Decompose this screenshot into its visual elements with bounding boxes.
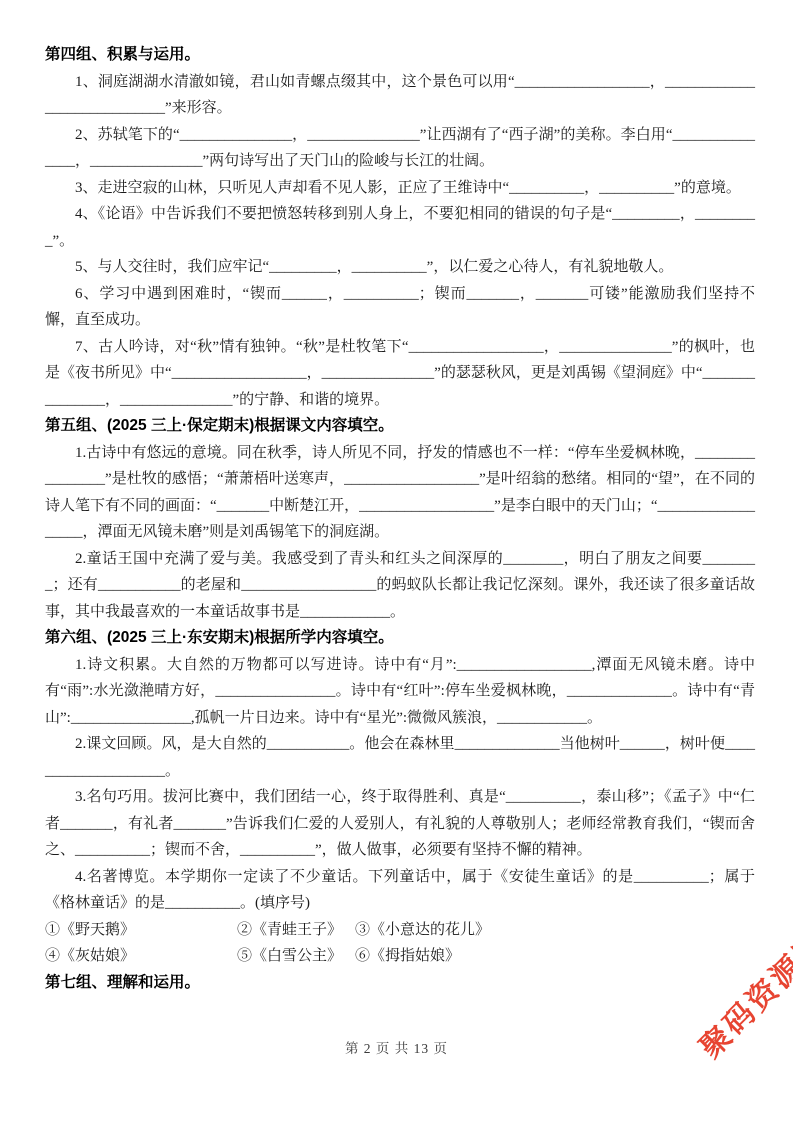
question-group6-1: 1.诗文积累。大自然的万物都可以写进诗。诗中有“月”:_____________… — [45, 652, 755, 732]
question-group4-7: 7、古人吟诗，对“秋”情有独钟。“秋”是杜牧笔下“_______________… — [45, 334, 755, 414]
option-1: ①《野天鹅》 — [45, 917, 237, 944]
question-group4-1: 1、洞庭湖湖水清澈如镜，君山如青螺点缀其中，这个景色可以用“__________… — [45, 69, 755, 122]
option-4: ④《灰姑娘》 — [45, 943, 237, 970]
question-group4-2: 2、苏轼笔下的“_______________，_______________”… — [45, 122, 755, 175]
options-row-1: ①《野天鹅》 ②《青蛙王子》 ③《小意达的花儿》 — [45, 917, 755, 944]
question-group5-2: 2.童话王国中充满了爱与美。我感受到了青头和红头之间深厚的________，明白… — [45, 546, 755, 626]
option-6: ⑥《拇指姑娘》 — [355, 943, 460, 970]
worksheet-page: 第四组、积累与运用。 1、洞庭湖湖水清澈如镜，君山如青螺点缀其中，这个景色可以用… — [0, 0, 793, 1122]
question-group4-6: 6、学习中遇到困难时，“锲而______，__________；锲而______… — [45, 281, 755, 334]
section-heading-group7: 第七组、理解和运用。 — [45, 970, 755, 997]
page-number-footer: 第 2 页 共 13 页 — [0, 1036, 793, 1063]
options-row-2: ④《灰姑娘》 ⑤《白雪公主》 ⑥《拇指姑娘》 — [45, 943, 755, 970]
option-3: ③《小意达的花儿》 — [355, 917, 490, 944]
option-5: ⑤《白雪公主》 — [237, 943, 355, 970]
question-group5-1: 1.古诗中有悠远的意境。同在秋季，诗人所见不同，抒发的情感也不一样：“停车坐爱枫… — [45, 440, 755, 546]
section-heading-group6: 第六组、(2025 三上·东安期末)根据所学内容填空。 — [45, 625, 755, 652]
question-group4-3: 3、走进空寂的山林，只听见人声却看不见人影，正应了王维诗中“__________… — [45, 175, 755, 202]
worksheet-content: 第四组、积累与运用。 1、洞庭湖湖水清澈如镜，君山如青螺点缀其中，这个景色可以用… — [0, 0, 793, 996]
option-2: ②《青蛙王子》 — [237, 917, 355, 944]
question-group6-3: 3.名句巧用。拔河比赛中，我们团结一心，终于取得胜利、真是“__________… — [45, 784, 755, 864]
question-group6-2: 2.课文回顾。风，是大自然的___________。他会在森林里________… — [45, 731, 755, 784]
question-group4-5: 5、与人交往时，我们应牢记“_________，__________”，以仁爱之… — [45, 254, 755, 281]
section-heading-group5: 第五组、(2025 三上·保定期末)根据课文内容填空。 — [45, 413, 755, 440]
section-heading-group4: 第四组、积累与运用。 — [45, 42, 755, 69]
question-group4-4: 4、《论语》中告诉我们不要把愤怒转移到别人身上，不要犯相同的错误的句子是“___… — [45, 201, 755, 254]
question-group6-4: 4.名著博览。本学期你一定读了不少童话。下列童话中，属于《安徒生童话》的是___… — [45, 864, 755, 917]
